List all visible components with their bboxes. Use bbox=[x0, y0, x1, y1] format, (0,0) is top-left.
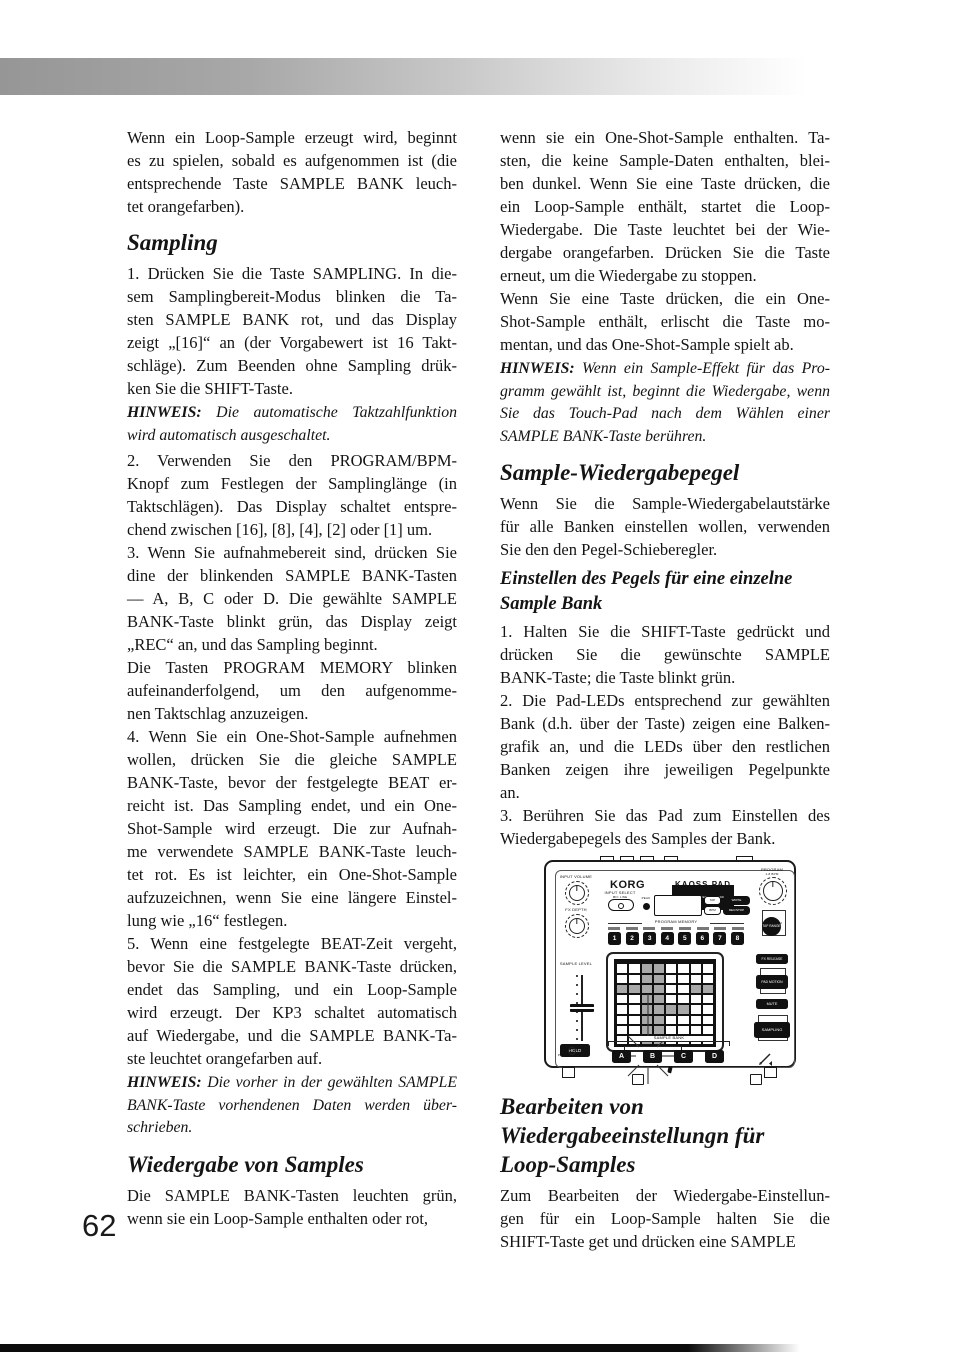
sampling-button: SAMPLING bbox=[754, 1022, 790, 1038]
sample-bank-label: SAMPLE BANK bbox=[634, 1036, 704, 1041]
pad-cell bbox=[665, 974, 677, 984]
subsection-heading: Einstellen des Pegels für eine einzelneS… bbox=[500, 567, 830, 617]
left-column: Wenn ein Loop-Sample erzeugt wird, begin… bbox=[127, 126, 457, 1230]
bpm-button: BPM bbox=[704, 906, 721, 915]
pad-cell bbox=[653, 1004, 665, 1014]
pad-row bbox=[616, 963, 714, 973]
pad-cell bbox=[702, 994, 714, 1004]
manual-page: Wenn ein Loop-Sample erzeugt wird, begin… bbox=[0, 0, 954, 1352]
phones-volume-label: PHONES ∩ VOLUME bbox=[552, 1054, 596, 1057]
pad-cell bbox=[628, 984, 640, 994]
pad-cell bbox=[628, 974, 640, 984]
paragraph: 3. Wenn Sie aufnahmebereit sind, drücken… bbox=[127, 541, 457, 656]
paragraph: 3. Berühren Sie das Pad zum Einstellen d… bbox=[500, 804, 830, 850]
pad-cell bbox=[677, 994, 689, 1004]
paragraph: 2. Die Pad-LEDs entsprechend zur gewählt… bbox=[500, 689, 830, 804]
paragraph: Zum Bearbeiten der Wiedergabe-Einstellun… bbox=[500, 1184, 830, 1253]
paragraph: 1. Halten Sie die SHIFT-Taste gedrückt u… bbox=[500, 620, 830, 689]
program-memory-button-5: 5 bbox=[678, 932, 691, 945]
rec-stop-button: REC/STOP bbox=[723, 906, 750, 915]
sample-bank-button-B: B bbox=[643, 1050, 662, 1063]
pad-cell bbox=[690, 974, 702, 984]
pad-cell bbox=[616, 974, 628, 984]
pad-cell bbox=[653, 984, 665, 994]
program-memory-microlabels bbox=[608, 927, 744, 930]
touch-mark-icon bbox=[667, 1066, 673, 1074]
pad-cell bbox=[690, 1015, 702, 1025]
right-column: wenn sie ein One-Shot-Sample enthalten. … bbox=[500, 126, 830, 1253]
pad-cell bbox=[616, 994, 628, 1004]
sample-level-label: SAMPLE LEVEL bbox=[556, 962, 596, 967]
paragraph: 1. Drücken Sie die Taste SAMPLING. In di… bbox=[127, 262, 457, 400]
pad-cell bbox=[690, 963, 702, 973]
write-button: WRITE bbox=[723, 896, 750, 905]
program-memory-button-6: 6 bbox=[696, 932, 709, 945]
note-paragraph: HINWEIS: Die automatische Taktzahlfunkti… bbox=[127, 402, 457, 447]
section-heading-pegel: Sample-Wiedergabepegel bbox=[500, 458, 830, 487]
pad-cell bbox=[665, 963, 677, 973]
tap-button: TAP bbox=[704, 896, 721, 905]
fx-depth-label: FX DEPTH bbox=[558, 908, 594, 913]
pad-cell bbox=[702, 1004, 714, 1014]
pad-row bbox=[616, 1025, 714, 1035]
pad-row bbox=[616, 994, 714, 1004]
level-fader-handle bbox=[570, 1004, 594, 1012]
peak-label: PEAK bbox=[638, 897, 654, 900]
device-screw bbox=[632, 1074, 644, 1085]
pad-cell bbox=[677, 963, 689, 973]
program-memory-button-7: 7 bbox=[713, 932, 726, 945]
pad-cell bbox=[653, 1015, 665, 1025]
pad-row bbox=[616, 984, 714, 994]
pad-cell bbox=[702, 1025, 714, 1035]
pad-cell bbox=[616, 984, 628, 994]
page-number: 62 bbox=[82, 1208, 116, 1244]
pad-cell bbox=[665, 984, 677, 994]
device-foot bbox=[764, 1067, 777, 1078]
pad-cell bbox=[690, 1004, 702, 1014]
pad-cell bbox=[677, 1025, 689, 1035]
pad-cell bbox=[641, 1025, 653, 1035]
sample-bank-buttons: ABCD bbox=[612, 1050, 724, 1063]
program-memory-button-8: 8 bbox=[731, 932, 744, 945]
pad-cell bbox=[641, 1015, 653, 1025]
pad-cell bbox=[677, 984, 689, 994]
pad-cell bbox=[641, 984, 653, 994]
pad-cell bbox=[665, 1015, 677, 1025]
pad-cell bbox=[628, 994, 640, 1004]
pad-cell bbox=[616, 963, 628, 973]
paragraph: Wenn Sie die Sample-Wiedergabelautstärke… bbox=[500, 492, 830, 561]
section-heading-sampling: Sampling bbox=[127, 228, 457, 257]
pad-cell bbox=[616, 1035, 628, 1045]
pad-cell bbox=[628, 1025, 640, 1035]
section-heading-wiedergabe: Wiedergabe von Samples bbox=[127, 1150, 457, 1179]
device-body: KORG KAOSS PAD DYNAMIC EFFECT/SAMPLER IN… bbox=[544, 860, 796, 1068]
pad-cell bbox=[641, 994, 653, 1004]
note-paragraph: HINWEIS: Die vorher in der gewählten SAM… bbox=[127, 1072, 457, 1140]
pad-cell bbox=[690, 994, 702, 1004]
pad-cell bbox=[628, 963, 640, 973]
pad-cell bbox=[628, 1004, 640, 1014]
pad-cell bbox=[677, 1004, 689, 1014]
pad-cell bbox=[665, 994, 677, 1004]
stylus-icon bbox=[756, 1052, 774, 1068]
lcd-display bbox=[654, 895, 702, 916]
pad-motion-button: PAD MOTION bbox=[756, 975, 788, 989]
fx-release-button: FX RELEASE bbox=[756, 954, 788, 964]
pad-cell bbox=[665, 1004, 677, 1014]
pad-cell bbox=[653, 994, 665, 1004]
paragraph: wenn sie ein One-Shot-Sample enthalten. … bbox=[500, 126, 830, 287]
pad-cell bbox=[702, 984, 714, 994]
program-memory-buttons: 12345678 bbox=[608, 932, 744, 945]
program-bpm-sublabel: 1-8 BPM bbox=[754, 873, 790, 876]
sample-bank-button-D: D bbox=[705, 1050, 724, 1063]
program-memory-button-4: 4 bbox=[661, 932, 674, 945]
pad-cell bbox=[653, 1025, 665, 1035]
paragraph: 2. Verwenden Sie den PROGRAM/BPM-Knopf z… bbox=[127, 449, 457, 541]
pad-cell bbox=[641, 963, 653, 973]
paragraph: Die SAMPLE BANK-Tasten leuchten grün,wen… bbox=[127, 1184, 457, 1230]
paragraph: Die Tasten PROGRAM MEMORY blinkenaufeina… bbox=[127, 656, 457, 725]
pad-cell bbox=[677, 1015, 689, 1025]
section-heading-bearbeiten: Bearbeiten vonWiedergabeeinstellungn für… bbox=[500, 1092, 830, 1179]
pad-row bbox=[616, 1015, 714, 1025]
program-memory-button-3: 3 bbox=[643, 932, 656, 945]
pad-row bbox=[616, 1004, 714, 1014]
top-gradient-bar bbox=[0, 58, 832, 95]
pad-cell bbox=[677, 974, 689, 984]
program-memory-button-2: 2 bbox=[626, 932, 639, 945]
pad-cell bbox=[616, 1015, 628, 1025]
paragraph: 4. Wenn Sie ein One-Shot-Sample aufnehme… bbox=[127, 725, 457, 932]
program-memory-button-1: 1 bbox=[608, 932, 621, 945]
kp3-device-illustration: KORG KAOSS PAD DYNAMIC EFFECT/SAMPLER IN… bbox=[540, 856, 798, 1078]
sample-bank-button-C: C bbox=[674, 1050, 693, 1063]
pad-cell bbox=[616, 1025, 628, 1035]
sample-bank-bracket bbox=[608, 1041, 730, 1042]
pad-led-grid bbox=[614, 959, 716, 1047]
pad-cell bbox=[653, 963, 665, 973]
pad-cell bbox=[653, 974, 665, 984]
sample-bank-button-A: A bbox=[612, 1050, 631, 1063]
mute-button: MUTE bbox=[756, 999, 788, 1009]
pad-cell bbox=[641, 1004, 653, 1014]
device-screw bbox=[750, 1074, 762, 1085]
pad-cell bbox=[665, 1025, 677, 1035]
pad-cell bbox=[702, 963, 714, 973]
pad-cell bbox=[702, 974, 714, 984]
pad-cell bbox=[690, 1025, 702, 1035]
input-select-led bbox=[618, 903, 624, 909]
pad-cell bbox=[690, 984, 702, 994]
device-foot bbox=[562, 1067, 575, 1078]
pad-cell bbox=[702, 1015, 714, 1025]
bottom-black-bar bbox=[0, 1344, 800, 1352]
input-volume-label: INPUT VOLUME bbox=[558, 875, 594, 880]
paragraph: 5. Wenn eine festgelegte BEAT-Zeit verge… bbox=[127, 932, 457, 1070]
note-paragraph: HINWEIS: Wenn ein Sample-Effekt für das … bbox=[500, 358, 830, 448]
input-select-button bbox=[608, 899, 634, 911]
pad-cell bbox=[641, 974, 653, 984]
pad-row bbox=[616, 974, 714, 984]
paragraph: Wenn ein Loop-Sample erzeugt wird, begin… bbox=[127, 126, 457, 218]
paragraph: Wenn Sie eine Taste drücken, die ein One… bbox=[500, 287, 830, 356]
pad-cell bbox=[616, 1004, 628, 1014]
program-memory-label: PROGRAM MEMORY bbox=[642, 920, 710, 925]
pad-cell bbox=[628, 1015, 640, 1025]
